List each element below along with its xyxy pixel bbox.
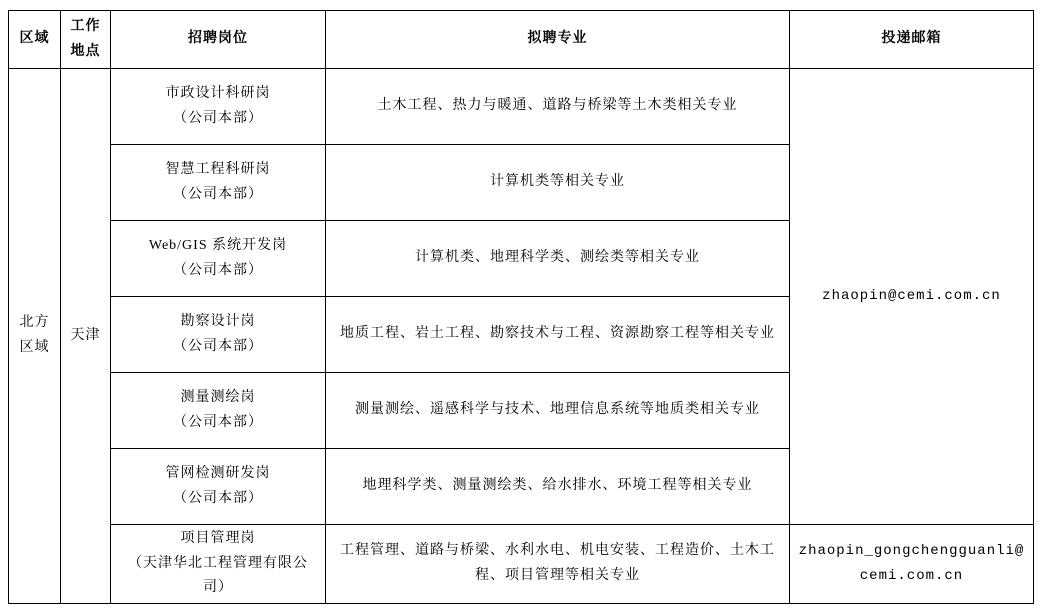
table-row: 项目管理岗 （天津华北工程管理有限公司） 工程管理、道路与桥梁、水利水电、机电安… bbox=[9, 525, 1034, 604]
position-cell: Web/GIS 系统开发岗 （公司本部） bbox=[111, 221, 326, 297]
majors-cell: 计算机类、地理科学类、测绘类等相关专业 bbox=[326, 221, 790, 297]
header-row: 区域 工作 地点 招聘岗位 拟聘专业 投递邮箱 bbox=[9, 11, 1034, 69]
header-majors: 拟聘专业 bbox=[326, 11, 790, 69]
position-cell: 勘察设计岗 （公司本部） bbox=[111, 297, 326, 373]
header-position: 招聘岗位 bbox=[111, 11, 326, 69]
location-cell: 天津 bbox=[61, 69, 111, 604]
position-cell: 测量测绘岗 （公司本部） bbox=[111, 373, 326, 449]
header-location: 工作 地点 bbox=[61, 11, 111, 69]
position-cell: 项目管理岗 （天津华北工程管理有限公司） bbox=[111, 525, 326, 604]
majors-cell: 地理科学类、测量测绘类、给水排水、环境工程等相关专业 bbox=[326, 449, 790, 525]
table-row: 北方 区域 天津 市政设计科研岗 （公司本部） 土木工程、热力与暖通、道路与桥梁… bbox=[9, 69, 1034, 145]
position-cell: 管网检测研发岗 （公司本部） bbox=[111, 449, 326, 525]
position-cell: 智慧工程科研岗 （公司本部） bbox=[111, 145, 326, 221]
majors-cell: 测量测绘、遥感科学与技术、地理信息系统等地质类相关专业 bbox=[326, 373, 790, 449]
majors-cell: 计算机类等相关专业 bbox=[326, 145, 790, 221]
email-cell: zhaopin_gongchengguanli@cemi.com.cn bbox=[790, 525, 1034, 604]
position-cell: 市政设计科研岗 （公司本部） bbox=[111, 69, 326, 145]
region-cell: 北方 区域 bbox=[9, 69, 61, 604]
document-page: 区域 工作 地点 招聘岗位 拟聘专业 投递邮箱 北方 区域 天津 市政设计科研岗… bbox=[0, 0, 1040, 608]
recruitment-table: 区域 工作 地点 招聘岗位 拟聘专业 投递邮箱 北方 区域 天津 市政设计科研岗… bbox=[8, 10, 1034, 604]
majors-cell: 土木工程、热力与暖通、道路与桥梁等土木类相关专业 bbox=[326, 69, 790, 145]
majors-cell: 地质工程、岩土工程、勘察技术与工程、资源勘察工程等相关专业 bbox=[326, 297, 790, 373]
shared-email-cell: zhaopin@cemi.com.cn bbox=[790, 69, 1034, 525]
header-email: 投递邮箱 bbox=[790, 11, 1034, 69]
header-region: 区域 bbox=[9, 11, 61, 69]
majors-cell: 工程管理、道路与桥梁、水利水电、机电安装、工程造价、土木工程、项目管理等相关专业 bbox=[326, 525, 790, 604]
